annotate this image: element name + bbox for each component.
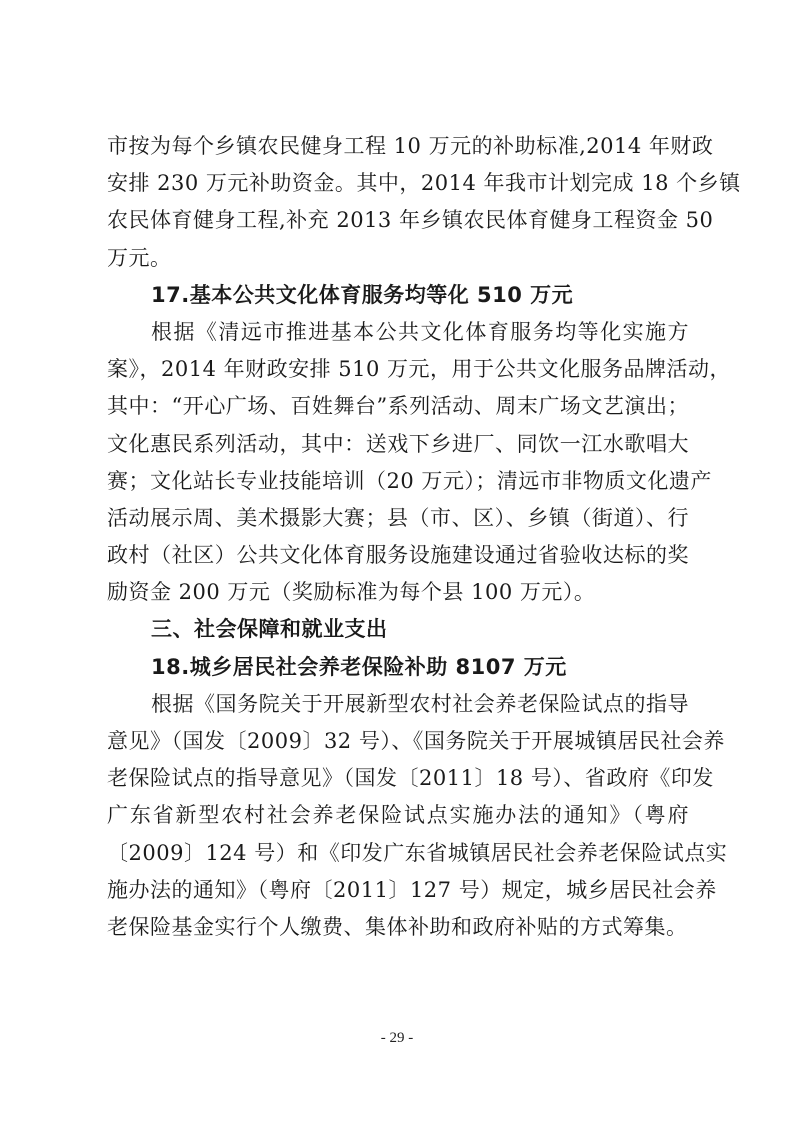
paragraph-line: 政村（社区）公共文化体育服务设施建设通过省验收达标的奖 — [107, 537, 689, 574]
paragraph-line: 根据《国务院关于开展新型农村社会养老保险试点的指导 — [107, 686, 689, 723]
paragraph-line: 安排 230 万元补助资金。其中，2014 年我市计划完成 18 个乡镇 — [107, 165, 689, 202]
paragraph-line: 施办法的通知》（粤府〔2011〕127 号）规定，城乡居民社会养 — [107, 872, 689, 909]
paragraph-line: 广东省新型农村社会养老保险试点实施办法的通知》（粤府 — [107, 797, 689, 834]
section-heading-17: 17.基本公共文化体育服务均等化 510 万元 — [107, 277, 689, 314]
section-heading-18: 18.城乡居民社会养老保险补助 8107 万元 — [107, 649, 689, 686]
paragraph-line: 〔2009〕124 号）和《印发广东省城镇居民社会养老保险试点实 — [107, 835, 689, 872]
paragraph-line: 根据《清远市推进基本公共文化体育服务均等化实施方 — [107, 314, 689, 351]
paragraph-line: 其中：“开心广场、百姓舞台”系列活动、周末广场文艺演出； — [107, 388, 689, 425]
paragraph-line: 赛；文化站长专业技能培训（20 万元）；清远市非物质文化遗产 — [107, 463, 689, 500]
paragraph-line: 案》，2014 年财政安排 510 万元，用于公共文化服务品牌活动， — [107, 351, 689, 388]
paragraph-line: 文化惠民系列活动，其中：送戏下乡进厂、同饮一江水歌唱大 — [107, 426, 689, 463]
paragraph-line: 意见》（国发〔2009〕32 号）、《国务院关于开展城镇居民社会养 — [107, 723, 689, 760]
paragraph-line: 万元。 — [107, 240, 689, 277]
paragraph-line: 农民体育健身工程,补充 2013 年乡镇农民体育健身工程资金 50 — [107, 202, 689, 239]
paragraph-line: 活动展示周、美术摄影大赛；县（市、区）、乡镇（街道）、行 — [107, 500, 689, 537]
paragraph-line: 市按为每个乡镇农民健身工程 10 万元的补助标准,2014 年财政 — [107, 128, 689, 165]
paragraph-line: 老保险基金实行个人缴费、集体补助和政府补贴的方式筹集。 — [107, 909, 689, 946]
chapter-heading-3: 三、社会保障和就业支出 — [107, 611, 689, 648]
paragraph-line: 励资金 200 万元（奖励标准为每个县 100 万元）。 — [107, 574, 689, 611]
page-number: - 29 - — [0, 1030, 794, 1047]
paragraph-line: 老保险试点的指导意见》（国发〔2011〕18 号）、省政府《印发 — [107, 760, 689, 797]
document-body: 市按为每个乡镇农民健身工程 10 万元的补助标准,2014 年财政 安排 230… — [107, 128, 689, 946]
